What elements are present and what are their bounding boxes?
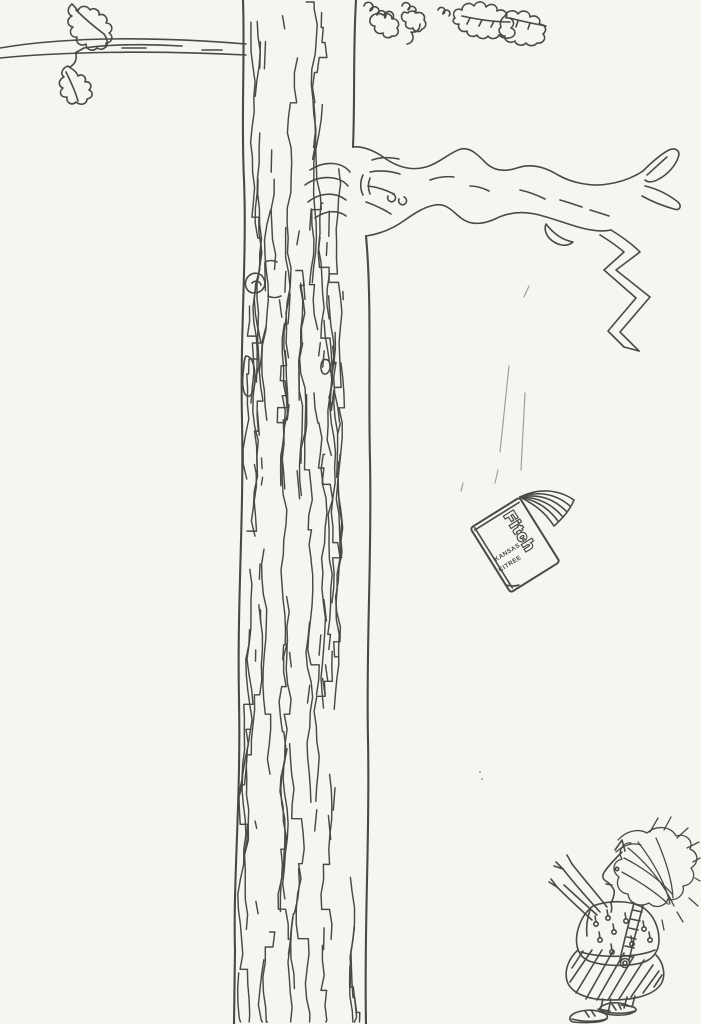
leaf-blob — [402, 11, 426, 31]
bark-line — [308, 685, 310, 703]
bark-line — [306, 622, 313, 802]
branch-edge — [0, 39, 246, 48]
hair-scribble — [622, 872, 668, 904]
claw-zigzag — [611, 230, 650, 351]
bark-line — [315, 810, 317, 831]
claw-zigzag-inner — [600, 235, 636, 347]
bark-line — [259, 564, 260, 579]
bark-line — [338, 423, 340, 433]
bark-line — [314, 393, 327, 708]
bark-line — [262, 210, 271, 420]
seed — [648, 938, 652, 942]
bark-line — [262, 549, 271, 774]
skirt-outline — [566, 950, 664, 1000]
leaf-vein — [66, 72, 78, 101]
bark-line — [256, 901, 258, 913]
mouth — [606, 884, 612, 885]
bark-line — [324, 928, 325, 950]
leaf-loops — [438, 7, 450, 16]
bark-line — [326, 243, 327, 256]
leaf-stem — [70, 54, 76, 67]
bark-line — [319, 635, 321, 655]
hand-fingers — [554, 855, 572, 869]
branch-top-edge — [353, 147, 643, 185]
trunk-right-edge-upper — [353, 0, 356, 147]
branch-stroke — [430, 177, 609, 216]
child-skirt — [566, 950, 664, 1000]
bark-line — [329, 211, 330, 236]
branch-stroke — [366, 158, 400, 214]
illustration-page: Fitch KANSAS CITREE — [0, 0, 701, 1024]
leaf-outline — [68, 4, 112, 50]
book-cover-group: Fitch KANSAS CITREE — [470, 497, 559, 592]
strap-ring — [623, 961, 627, 965]
seed — [612, 930, 616, 934]
bark-line — [264, 42, 265, 69]
trunk — [234, 0, 370, 1024]
claw-prong — [642, 186, 680, 209]
bark-line — [263, 932, 275, 1022]
claw-beak — [643, 149, 679, 182]
trunk-left-edge — [234, 0, 245, 1024]
bag-strap — [620, 903, 643, 968]
right-branch — [353, 147, 680, 351]
speed-line — [495, 470, 498, 483]
speed-line — [461, 483, 463, 491]
bark-line — [271, 150, 272, 172]
shoe-laces — [612, 1003, 621, 1010]
seed — [624, 919, 628, 923]
branch-texture — [361, 158, 609, 216]
canopy-leaves — [364, 2, 546, 46]
bark-line — [310, 209, 312, 230]
branch-bottom-edge — [366, 205, 611, 236]
leaf-loops — [364, 2, 394, 18]
trunk-right-edge-lower — [366, 236, 371, 1024]
sleeve-fold — [587, 910, 590, 936]
leaf-curly-stem — [407, 24, 420, 44]
bark-line — [262, 458, 263, 469]
shoe-sole — [602, 1011, 635, 1013]
bark-line — [260, 42, 261, 68]
bark-line — [319, 343, 321, 356]
bark-line — [255, 821, 257, 828]
claw-fork — [545, 224, 573, 245]
child-hair — [614, 817, 700, 930]
seed — [642, 927, 646, 931]
seed — [606, 916, 610, 920]
hair-scribble — [628, 848, 674, 906]
left-branch — [0, 4, 246, 104]
child-arms — [549, 855, 607, 920]
seed — [594, 922, 598, 926]
bark-line — [326, 665, 328, 681]
child-blouse — [577, 902, 660, 968]
bark-line — [290, 652, 292, 667]
neck — [611, 903, 612, 912]
shoe-sole — [572, 1019, 606, 1021]
bark-line — [238, 973, 241, 1022]
hand-fingers — [549, 879, 557, 887]
speck — [479, 771, 481, 773]
bark-line — [285, 272, 286, 293]
bark-line — [280, 300, 282, 317]
bark-line — [297, 231, 299, 245]
arm-raised — [557, 887, 592, 920]
speed-line — [521, 393, 525, 470]
oak-leaf — [68, 4, 112, 50]
seed — [598, 938, 602, 942]
speed-line — [524, 286, 529, 297]
bark-line — [283, 16, 285, 29]
eye — [615, 867, 618, 870]
burl-ring — [305, 178, 348, 186]
bark-line — [321, 945, 327, 1022]
bark-line — [304, 281, 306, 300]
falling-book: Fitch KANSAS CITREE — [470, 491, 574, 593]
branch-detail — [122, 48, 222, 50]
leaf-outline — [59, 66, 92, 104]
bark-line — [286, 58, 298, 358]
bark-line — [271, 179, 276, 269]
bark-line — [261, 477, 262, 485]
bark-texture — [238, 2, 360, 1022]
oak-leaf-hanging — [59, 54, 92, 104]
speed-line — [500, 366, 509, 452]
bark-line — [254, 465, 256, 474]
child — [549, 817, 700, 1023]
branch-edge — [0, 52, 246, 58]
bark-line — [321, 774, 332, 939]
speck — [481, 778, 483, 780]
branch-arc — [361, 175, 370, 195]
illustration: Fitch KANSAS CITREE — [0, 0, 701, 1024]
branch-curl — [388, 194, 407, 205]
bark-line — [333, 788, 335, 810]
claw-beak-inner — [647, 157, 667, 175]
